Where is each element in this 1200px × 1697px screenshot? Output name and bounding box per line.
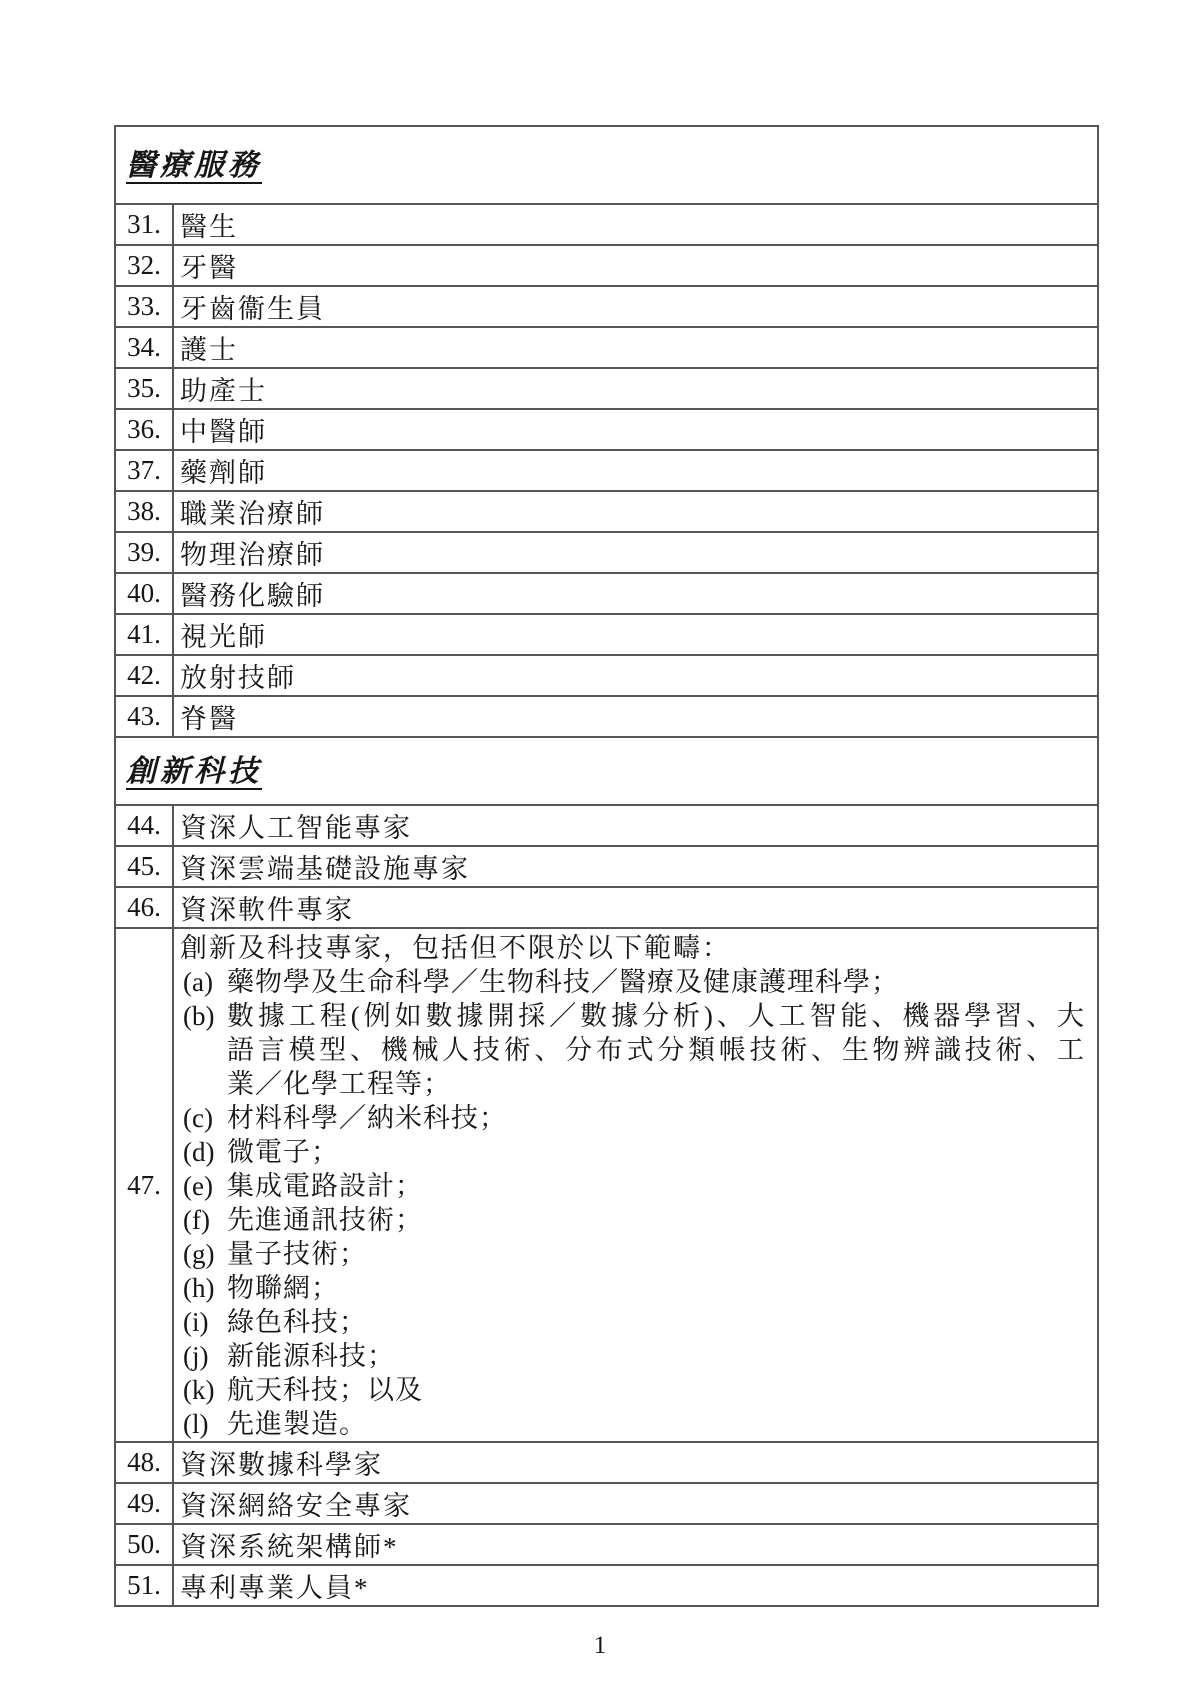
sub-item-line: 先進製造。 [227,1407,1085,1441]
section-header-row: 創新科技 [115,737,1098,805]
row-text: 藥劑師 [173,450,1098,491]
sub-item-label: (d) [183,1135,227,1169]
table-row: 33.牙齒衞生員 [115,286,1098,327]
sub-item-line: 材料科學／納米科技； [227,1101,1085,1135]
row-text: 助產士 [173,368,1098,409]
document-page: 醫療服務31.醫生32.牙醫33.牙齒衞生員34.護士35.助產士36.中醫師3… [0,0,1200,1697]
sub-item-line: 藥物學及生命科學／生物科技／醫療及健康護理科學； [227,965,1085,999]
sub-item-line: 航天科技；以及 [227,1373,1085,1407]
row-number: 37. [115,450,173,491]
section-cell: 創新科技 [115,737,1098,805]
row-text: 資深數據科學家 [173,1442,1098,1483]
row-number: 47. [115,928,173,1442]
sub-item-text: 量子技術； [227,1237,1085,1271]
row-number: 35. [115,368,173,409]
row-number: 50. [115,1524,173,1565]
row-text: 脊醫 [173,696,1098,737]
row-number: 51. [115,1565,173,1606]
row-number: 31. [115,204,173,245]
row-text: 中醫師 [173,409,1098,450]
sub-item: (k)航天科技；以及 [183,1373,1085,1407]
sub-item-text: 物聯網； [227,1271,1085,1305]
sub-item-line: 集成電路設計； [227,1169,1085,1203]
sub-item-text: 航天科技；以及 [227,1373,1085,1407]
row-number: 43. [115,696,173,737]
sub-item-label: (f) [183,1203,227,1237]
sub-item-text: 集成電路設計； [227,1169,1085,1203]
row-text-cell: 創新及科技專家，包括但不限於以下範疇：(a)藥物學及生命科學／生物科技／醫療及健… [173,928,1098,1442]
row-text: 資深人工智能專家 [173,805,1098,846]
table-row: 37.藥劑師 [115,450,1098,491]
sub-item-label: (b) [183,999,227,1101]
section-title: 創新科技 [126,755,262,788]
table-row: 32.牙醫 [115,245,1098,286]
row-text: 資深軟件專家 [173,887,1098,928]
sub-item: (l)先進製造。 [183,1407,1085,1441]
row-number: 39. [115,532,173,573]
sub-item: (i)綠色科技； [183,1305,1085,1339]
sub-item-line: 先進通訊技術； [227,1203,1085,1237]
sub-item-line: 數據工程(例如數據開採／數據分析)、人工智能、機器學習、大 [227,999,1085,1033]
sub-item: (c)材料科學／納米科技； [183,1101,1085,1135]
row-text: 資深系統架構師* [173,1524,1098,1565]
table-row: 38.職業治療師 [115,491,1098,532]
table-row: 34.護士 [115,327,1098,368]
sub-item: (b)數據工程(例如數據開採／數據分析)、人工智能、機器學習、大語言模型、機械人… [183,999,1085,1101]
sub-item: (j)新能源科技； [183,1339,1085,1373]
sub-item: (e)集成電路設計； [183,1169,1085,1203]
table-row: 41.視光師 [115,614,1098,655]
row-number: 34. [115,327,173,368]
table-row: 35.助產士 [115,368,1098,409]
sub-item-line: 物聯網； [227,1271,1085,1305]
sub-item-line: 語言模型、機械人技術、分布式分類帳技術、生物辨識技術、工 [227,1033,1085,1067]
row-number: 36. [115,409,173,450]
row-text: 視光師 [173,614,1098,655]
sub-item: (a)藥物學及生命科學／生物科技／醫療及健康護理科學； [183,965,1085,999]
sub-item-label: (e) [183,1169,227,1203]
sub-item-text: 數據工程(例如數據開採／數據分析)、人工智能、機器學習、大語言模型、機械人技術、… [227,999,1085,1101]
row-text: 放射技師 [173,655,1098,696]
row-text: 醫生 [173,204,1098,245]
table-row: 48.資深數據科學家 [115,1442,1098,1483]
sub-item-label: (l) [183,1407,227,1441]
section-title: 醫療服務 [126,149,262,182]
row-text: 醫務化驗師 [173,573,1098,614]
row-number: 33. [115,286,173,327]
sub-item-text: 先進通訊技術； [227,1203,1085,1237]
row-text: 物理治療師 [173,532,1098,573]
row-text: 職業治療師 [173,491,1098,532]
row-text: 牙齒衞生員 [173,286,1098,327]
row-number: 40. [115,573,173,614]
sub-item-line: 新能源科技； [227,1339,1085,1373]
sub-item: (d)微電子； [183,1135,1085,1169]
table-row: 46.資深軟件專家 [115,887,1098,928]
row-number: 49. [115,1483,173,1524]
sub-item-text: 先進製造。 [227,1407,1085,1441]
sub-item-text: 新能源科技； [227,1339,1085,1373]
row-text: 牙醫 [173,245,1098,286]
sub-item-line: 量子技術； [227,1237,1085,1271]
section-header-row: 醫療服務 [115,126,1098,204]
row-text: 護士 [173,327,1098,368]
sub-item: (h)物聯網； [183,1271,1085,1305]
row-text: 創新及科技專家，包括但不限於以下範疇： [180,931,1085,965]
row-number: 46. [115,887,173,928]
row-text: 專利專業人員* [173,1565,1098,1606]
sub-item-label: (i) [183,1305,227,1339]
row-number: 41. [115,614,173,655]
sub-item-label: (j) [183,1339,227,1373]
sub-item: (f)先進通訊技術； [183,1203,1085,1237]
sub-item-label: (a) [183,965,227,999]
table-row: 51.專利專業人員* [115,1565,1098,1606]
row-text: 資深網絡安全專家 [173,1483,1098,1524]
sub-item-text: 微電子； [227,1135,1085,1169]
table-row: 36.中醫師 [115,409,1098,450]
section-cell: 醫療服務 [115,126,1098,204]
row-number: 45. [115,846,173,887]
table-row: 49.資深網絡安全專家 [115,1483,1098,1524]
sub-item-line: 業／化學工程等； [227,1067,1085,1101]
sub-item-label: (h) [183,1271,227,1305]
table-row: 50.資深系統架構師* [115,1524,1098,1565]
row-number: 44. [115,805,173,846]
sub-item-line: 微電子； [227,1135,1085,1169]
table-row: 31.醫生 [115,204,1098,245]
row-number: 42. [115,655,173,696]
sub-item-label: (c) [183,1101,227,1135]
talent-list-table: 醫療服務31.醫生32.牙醫33.牙齒衞生員34.護士35.助產士36.中醫師3… [114,125,1099,1607]
sub-item-text: 材料科學／納米科技； [227,1101,1085,1135]
table-row: 40.醫務化驗師 [115,573,1098,614]
sub-item-label: (g) [183,1237,227,1271]
sub-item-text: 綠色科技； [227,1305,1085,1339]
table-row: 43.脊醫 [115,696,1098,737]
row-number: 32. [115,245,173,286]
sub-item-text: 藥物學及生命科學／生物科技／醫療及健康護理科學； [227,965,1085,999]
page-number: 1 [0,1632,1200,1660]
table-row: 44.資深人工智能專家 [115,805,1098,846]
sub-item: (g)量子技術； [183,1237,1085,1271]
row-text: 資深雲端基礎設施專家 [173,846,1098,887]
row-number: 48. [115,1442,173,1483]
sub-item-line: 綠色科技； [227,1305,1085,1339]
table-row: 47.創新及科技專家，包括但不限於以下範疇：(a)藥物學及生命科學／生物科技／醫… [115,928,1098,1442]
table-row: 42.放射技師 [115,655,1098,696]
table-row: 39.物理治療師 [115,532,1098,573]
sub-item-label: (k) [183,1373,227,1407]
table-row: 45.資深雲端基礎設施專家 [115,846,1098,887]
row-number: 38. [115,491,173,532]
